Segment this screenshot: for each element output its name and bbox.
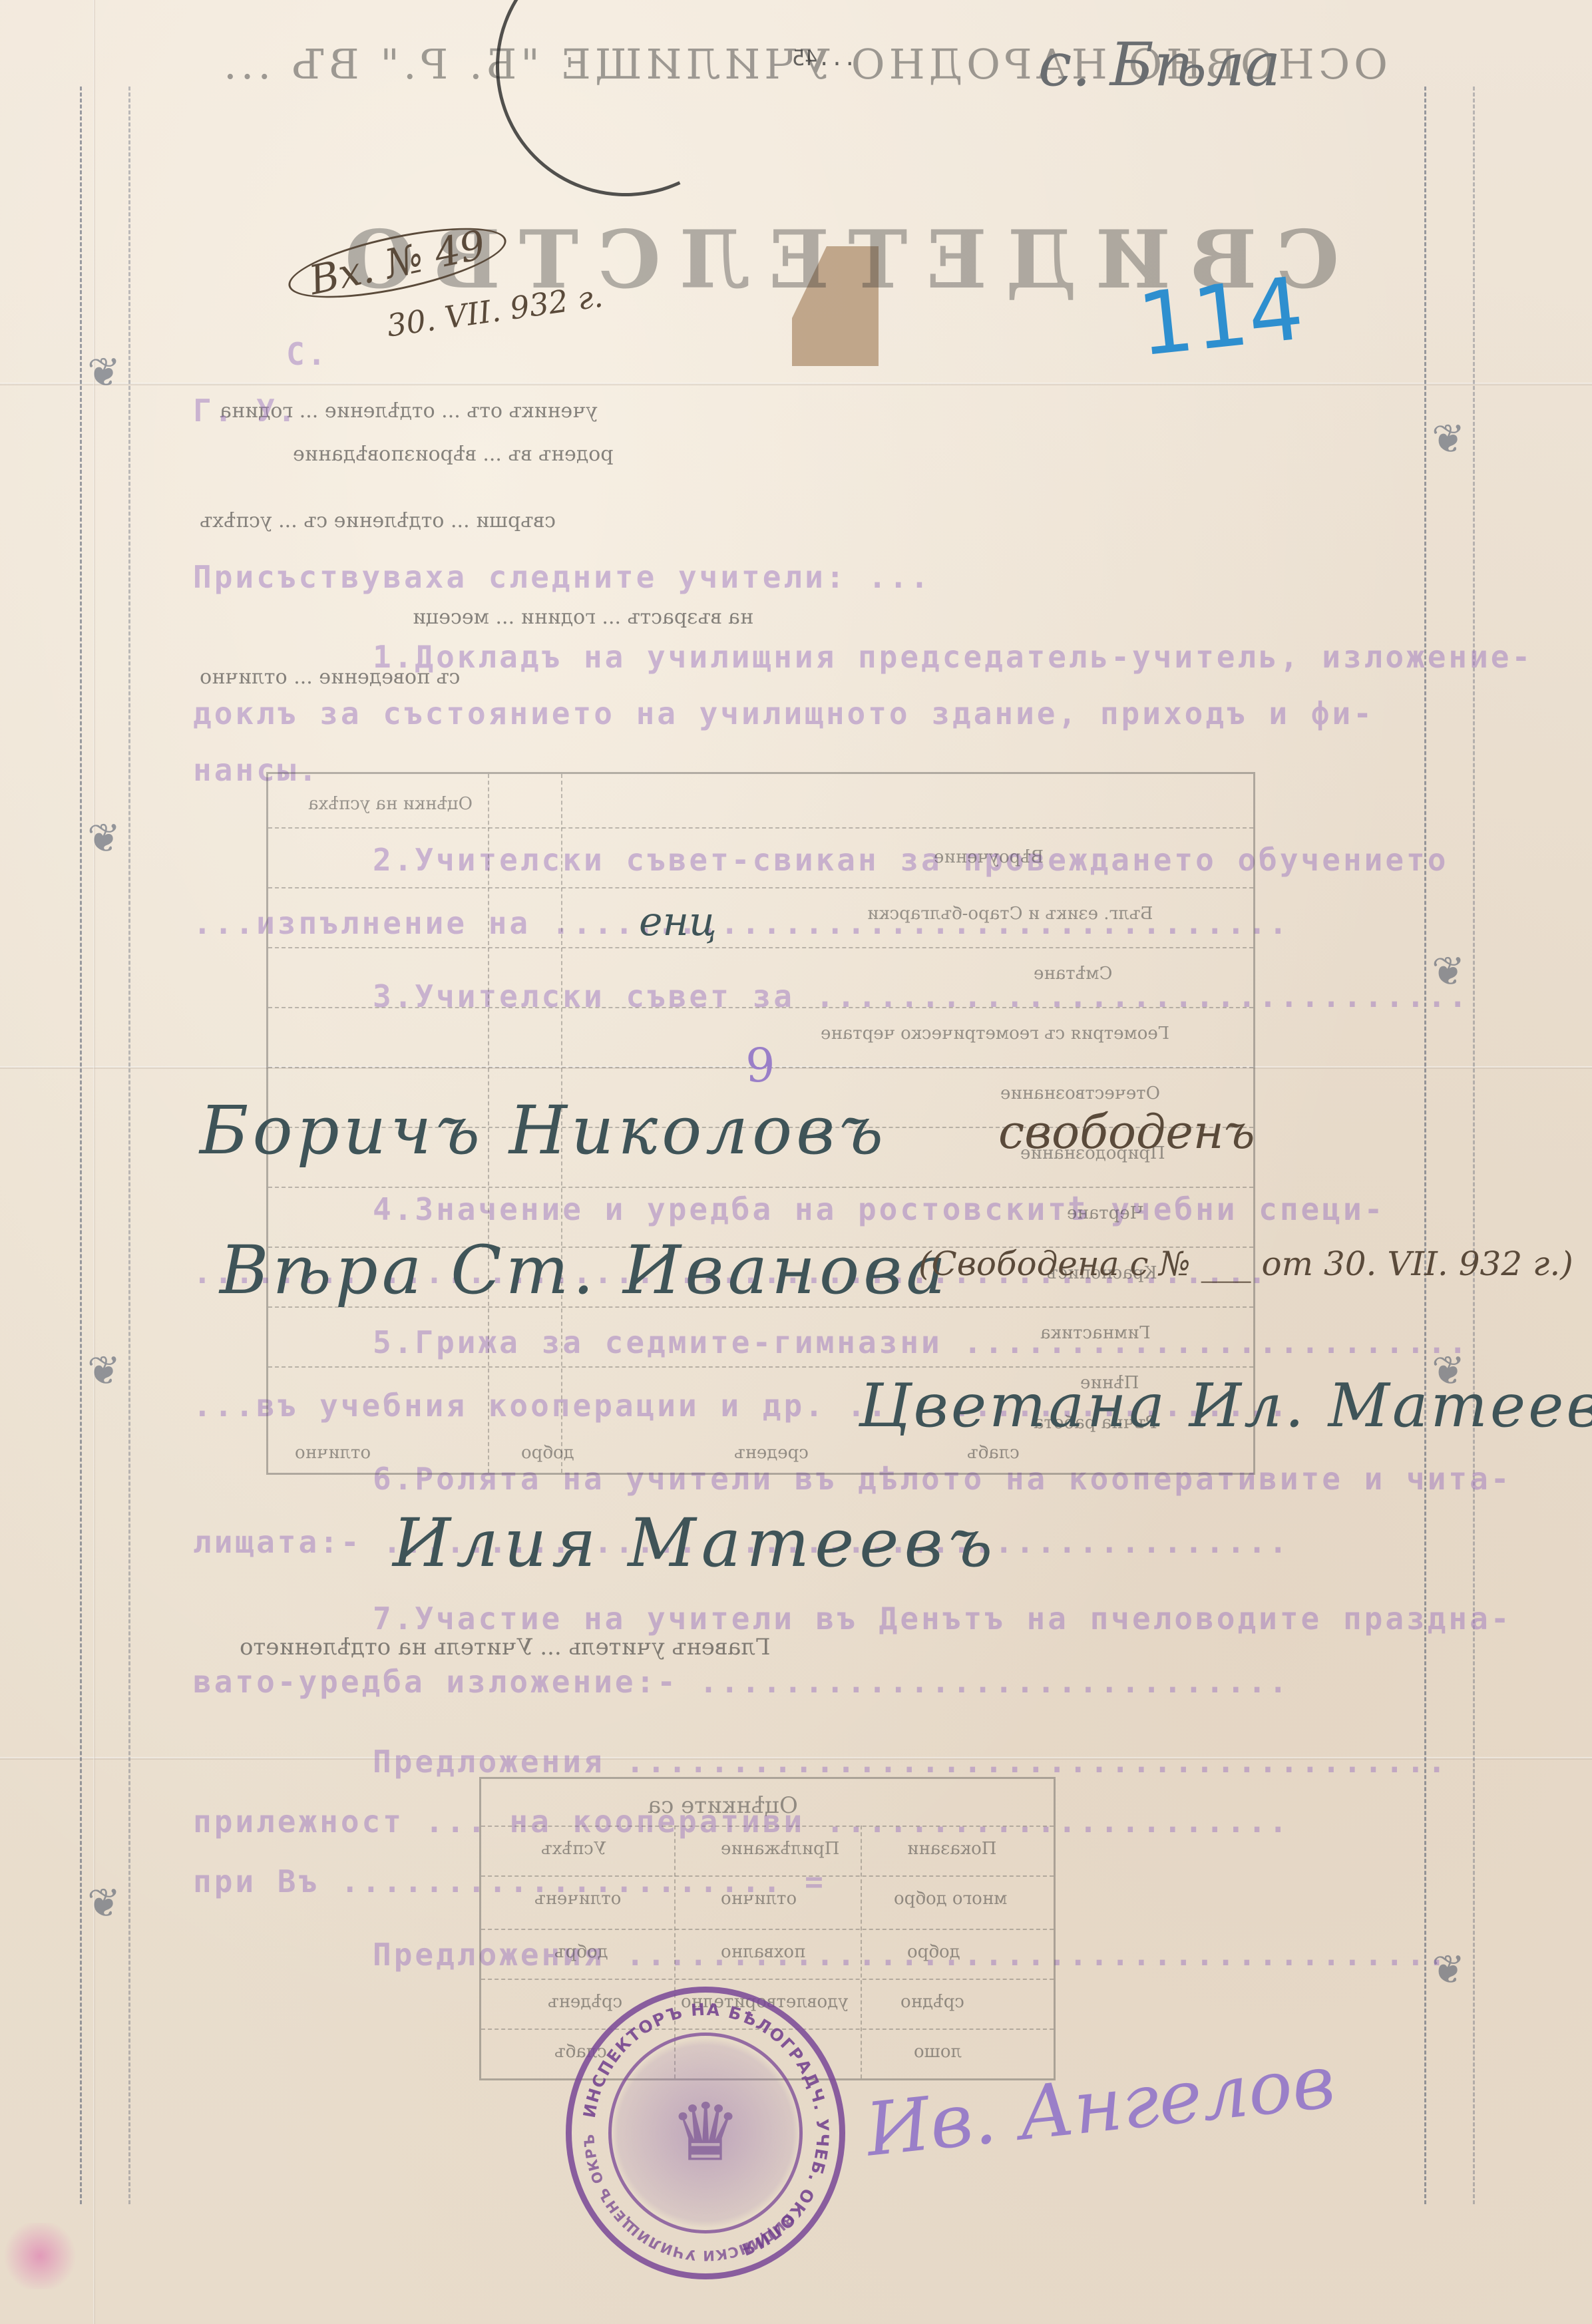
- handwritten-fragment: енц: [639, 898, 717, 945]
- form-line: роденъ въ ... вѣроизповѣдание: [293, 443, 614, 466]
- stamp-ring-text: ИНСПЕКТОРЪ НА БѢЛОГРАДЧ. УЧЕБ. ОКОЛИЯ ВИ…: [572, 1993, 839, 2273]
- form-line: на възрастъ ... години ... месеци: [413, 606, 753, 629]
- official-stamp: ♛ ИНСПЕКТОРЪ НА БѢЛОГРАДЧ. УЧЕБ. ОКОЛИЯ …: [566, 1987, 845, 2279]
- entry-note-2: (Свободена с № ___ от 30. VII. 932 г.): [918, 1245, 1573, 1283]
- entry-name-1: Боричъ Николовъ: [200, 1091, 887, 1169]
- typed-line: Предложения ............................…: [373, 1744, 1448, 1780]
- typed-line: Г. У.: [193, 393, 298, 429]
- entry-name-2: Вѣра Ст. Иванова: [220, 1231, 950, 1309]
- ink-stain: [0, 2223, 80, 2289]
- ornamental-border-left: ❦❦❦❦: [80, 87, 130, 2204]
- entry-note-1: свободенъ: [998, 1105, 1255, 1159]
- typed-line: Присъствуваха следните учители: ...: [193, 559, 931, 595]
- blue-pencil-number: 114: [1133, 258, 1308, 375]
- entry-name-4: Илия Матеевъ: [393, 1504, 998, 1582]
- entry-name-3: Цветана Ил. Матеева: [859, 1371, 1592, 1441]
- fold-line: [0, 383, 1592, 385]
- typed-line: С.: [286, 336, 328, 372]
- typed-line: доклъ за състоянието на училищното здани…: [193, 695, 1374, 731]
- typed-line: 1.Докладъ на училищния председатель-учит…: [373, 639, 1533, 675]
- place-annotation: с. Бѣла: [1038, 30, 1281, 100]
- ink-mark: 9: [745, 1038, 775, 1093]
- signature-line-mirrored: Главенъ учитель ... Учитель на отдѣление…: [240, 1634, 770, 1660]
- typed-line: 7.Участие на учители въ Денътъ на пчелов…: [373, 1601, 1512, 1637]
- ornamental-border-right: ❦❦❦❦: [1424, 87, 1475, 2204]
- postmark-date: ...45: [792, 45, 856, 71]
- typed-line: вато-уредба изложение:- ................…: [193, 1664, 1290, 1700]
- form-line: свърши ... отдѣление съ ... успѣхъ: [200, 509, 556, 532]
